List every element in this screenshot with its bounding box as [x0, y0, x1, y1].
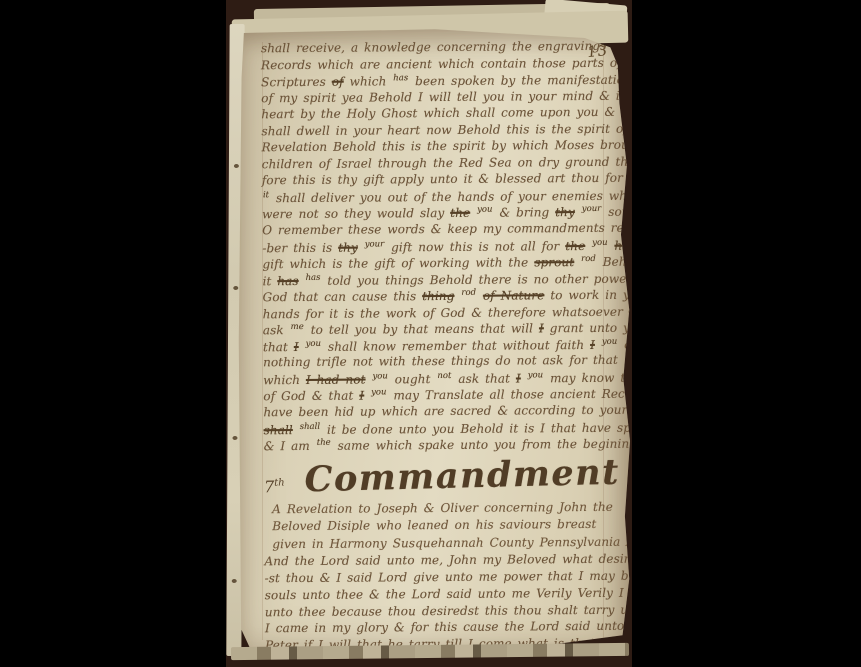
- binding-speck: [232, 579, 237, 583]
- commandment-heading: 7th Commandment AD 1829: [263, 451, 620, 505]
- page-fore-edges: [231, 643, 629, 660]
- heading-title: Commandment: [304, 451, 620, 500]
- heading-date: AD 1829: [630, 464, 728, 488]
- manuscript-text: shall receive, a knowledge concerning th…: [261, 39, 621, 655]
- manuscript-page: 13 shall receive, a knowledge concerning…: [238, 28, 632, 654]
- manuscript-photo: 13 shall receive, a knowledge concerning…: [226, 0, 632, 667]
- revelation-text-first: shall receive, a knowledge concerning th…: [261, 39, 620, 455]
- photograph-stage: 13 shall receive, a knowledge concerning…: [0, 0, 861, 667]
- binding-speck: [232, 436, 237, 440]
- heading-ordinal: 7th: [264, 477, 285, 496]
- binding-speck: [234, 164, 239, 168]
- revelation-text-second: And the Lord said unto me, John my Belov…: [264, 552, 621, 655]
- binding-speck: [233, 286, 238, 290]
- revelation-headnote: A Revelation to Joseph & Oliver concerni…: [264, 499, 620, 554]
